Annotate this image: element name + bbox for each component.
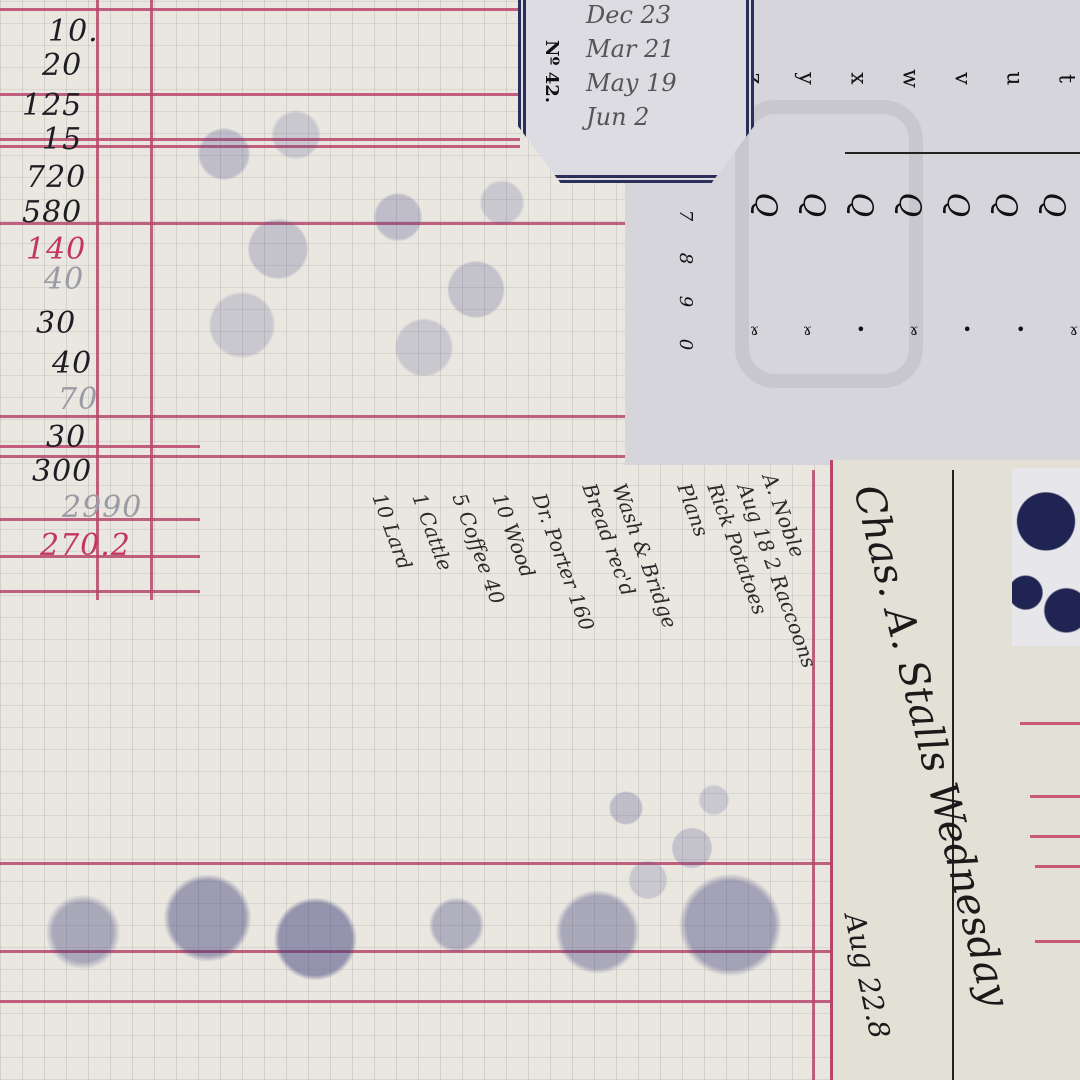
letter: x (846, 68, 871, 90)
printed-letters: z y x w v u t (743, 66, 1077, 91)
script-letter: Q (940, 193, 975, 223)
ledger-number: 40 (52, 346, 92, 381)
script-letter: Q (1036, 193, 1071, 223)
right-ledger-rule (1035, 940, 1080, 943)
script-letters: Q Q Q Q Q Q Q (750, 190, 1068, 225)
digit: 8 (675, 253, 696, 264)
divider-rule (845, 152, 1080, 154)
script-letter: Q (748, 193, 783, 223)
ledger-number: 30 (46, 420, 86, 455)
script-letter: Q (892, 193, 927, 223)
ledger-number: 30 (36, 306, 76, 341)
digit: 7 (675, 210, 696, 221)
ledger-number: 10. (48, 14, 99, 49)
ledger-number: 270.2 (40, 528, 131, 563)
ledger-number: 125 (22, 88, 82, 123)
tag-date: Jun 2 (586, 100, 677, 134)
ledger-number: 20 (42, 48, 82, 83)
document-red-border (830, 460, 833, 1080)
right-ledger-rule (1035, 865, 1080, 868)
script-digits: 7 8 9 0 (680, 205, 691, 355)
digit: 9 (675, 296, 696, 307)
handwritten-ledger-entries: A. Noble Aug 18 2 Raccoons Rick Potatoes… (360, 460, 820, 860)
letter: u (1002, 68, 1027, 90)
lace-damask-band (0, 862, 830, 1002)
script-letter: Q (988, 193, 1023, 223)
letter: w (898, 68, 923, 90)
ledger-number: 300 (32, 454, 92, 489)
ledger-rule (0, 590, 200, 593)
digit: 0 (675, 339, 696, 350)
tag-dates: Dec 23 Mar 21 May 19 Jun 2 (586, 0, 677, 134)
numbered-label-tag: Nº 42. Dec 23 Mar 21 May 19 Jun 2 (518, 0, 754, 183)
script-letter: Q (796, 193, 831, 223)
right-ledger-rule (1030, 835, 1080, 838)
ledger-number: 720 (26, 160, 86, 195)
ledger-number: 40 (44, 262, 84, 297)
tag-date: Dec 23 (586, 0, 677, 32)
ledger-rule (0, 8, 520, 11)
small-script-marks: ɤɤ•ɤ••ɤ (750, 320, 1078, 339)
navy-floral-block (1012, 468, 1080, 646)
damask-floral-print (320, 130, 580, 420)
ledger-number: 2990 (62, 490, 142, 525)
tag-date: Mar 21 (586, 32, 677, 66)
letter: y (794, 68, 819, 90)
ledger-number: 15 (42, 122, 82, 157)
ledger-number: 580 (22, 195, 82, 230)
document-date: Aug 22.8 (838, 910, 897, 1041)
letter: v (950, 68, 975, 90)
ledger-rule (0, 445, 200, 448)
tag-number: Nº 42. (541, 40, 562, 103)
letter: t (1054, 68, 1079, 90)
right-ledger-rule (1020, 722, 1080, 725)
ledger-column-rule (150, 0, 153, 600)
tag-date: May 19 (586, 66, 677, 100)
right-ledger-rule (1030, 795, 1080, 798)
script-letter: Q (844, 193, 879, 223)
ledger-number: 70 (58, 382, 98, 417)
ghost-tag-shape (735, 100, 923, 388)
